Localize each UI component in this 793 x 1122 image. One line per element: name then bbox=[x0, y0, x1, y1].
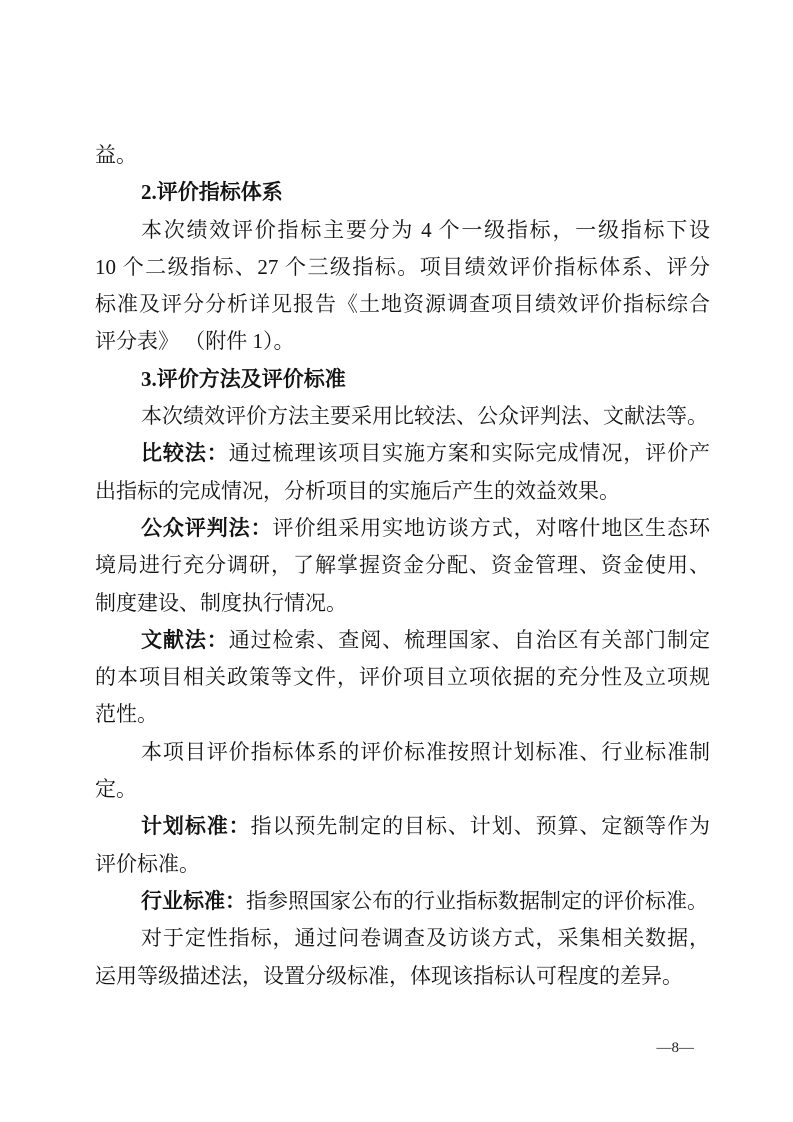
text-line: 评价标准。 bbox=[95, 846, 710, 883]
text-line: 本项目评价指标体系的评价标准按照计划标准、行业标准制 bbox=[95, 734, 710, 771]
text-line: 益。 bbox=[95, 137, 710, 174]
text-line: 行业标准：指参照国家公布的行业指标数据制定的评价标准。 bbox=[95, 883, 710, 920]
text-line: 文献法：通过检索、查阅、梳理国家、自治区有关部门制定 bbox=[95, 622, 710, 659]
text-line: 标准及评分分析详见报告《土地资源调查项目绩效评价指标综合 bbox=[95, 286, 710, 323]
heading-line: 2.评价指标体系 bbox=[95, 174, 710, 211]
text-line: 比较法：通过梳理该项目实施方案和实际完成情况，评价产 bbox=[95, 435, 710, 472]
text-line: 制度建设、制度执行情况。 bbox=[95, 585, 710, 622]
text-line: 公众评判法：评价组采用实地访谈方式，对喀什地区生态环 bbox=[95, 510, 710, 547]
text-line: 境局进行充分调研，了解掌握资金分配、资金管理、资金使用、 bbox=[95, 547, 710, 584]
heading-line: 3.评价方法及评价标准 bbox=[95, 361, 710, 398]
text-line: 的本项目相关政策等文件，评价项目立项依据的充分性及立项规 bbox=[95, 659, 710, 696]
text-line: 评分表》 （附件 1）。 bbox=[95, 323, 710, 360]
text-line: 运用等级描述法，设置分级标准，体现该指标认可程度的差异。 bbox=[95, 958, 710, 995]
bold-term: 文献法： bbox=[141, 628, 229, 652]
text-line: 本次绩效评价指标主要分为 4 个一级指标，一级指标下设 bbox=[95, 212, 710, 249]
text-line: 计划标准：指以预先制定的目标、计划、预算、定额等作为 bbox=[95, 808, 710, 845]
bold-term: 行业标准： bbox=[141, 889, 246, 913]
bold-term: 公众评判法： bbox=[141, 516, 273, 540]
text-line: 出指标的完成情况，分析项目的实施后产生的效益效果。 bbox=[95, 473, 710, 510]
text-line: 范性。 bbox=[95, 696, 710, 733]
document-body: 益。2.评价指标体系本次绩效评价指标主要分为 4 个一级指标，一级指标下设10 … bbox=[95, 137, 710, 995]
document-page: 益。2.评价指标体系本次绩效评价指标主要分为 4 个一级指标，一级指标下设10 … bbox=[0, 0, 793, 1122]
bold-term: 计划标准： bbox=[141, 814, 251, 838]
bold-term: 比较法： bbox=[141, 441, 229, 465]
text-line: 定。 bbox=[95, 771, 710, 808]
text-line: 10 个二级指标、27 个三级指标。项目绩效评价指标体系、评分 bbox=[95, 249, 710, 286]
page-number: —8— bbox=[657, 1039, 695, 1057]
text-line: 对于定性指标，通过问卷调查及访谈方式，采集相关数据， bbox=[95, 920, 710, 957]
text-line: 本次绩效评价方法主要采用比较法、公众评判法、文献法等。 bbox=[95, 398, 710, 435]
